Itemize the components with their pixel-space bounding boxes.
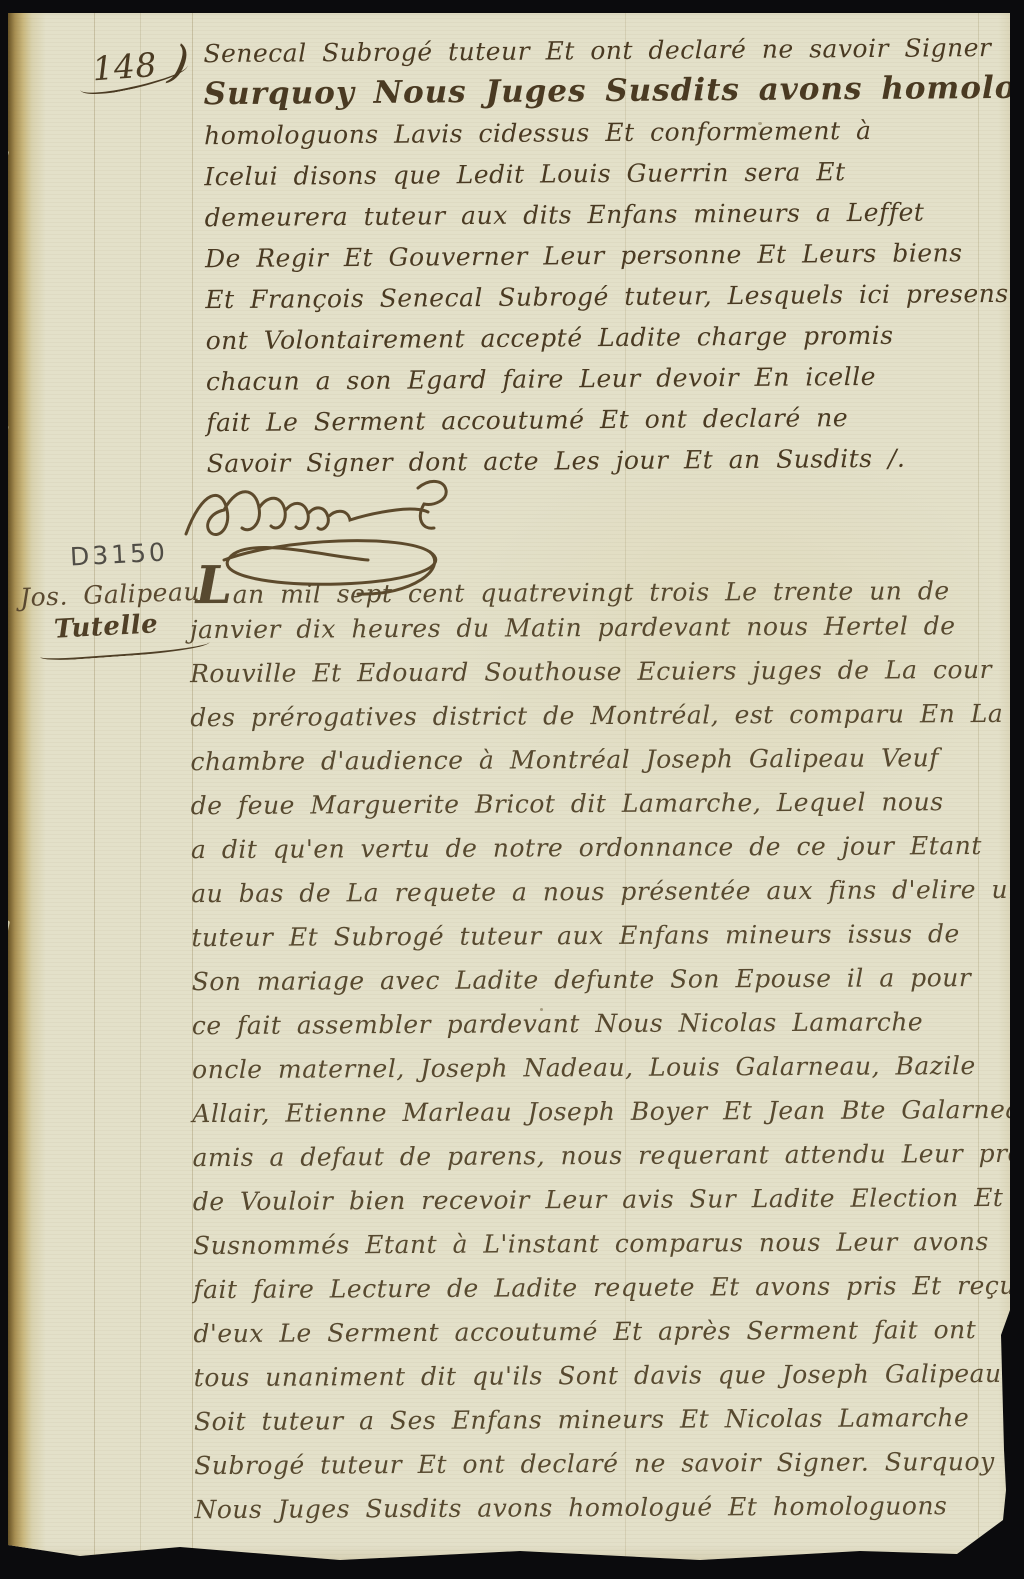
manuscript-line: fait Le Serment accoutumé Et ont declaré… xyxy=(206,396,1018,443)
manuscript-line: Subrogé tuteur Et ont declaré ne savoir … xyxy=(194,1440,1018,1488)
page-number-flourish: ) xyxy=(165,34,193,90)
manuscript-line: ce fait assembler pardevant Nous Nicolas… xyxy=(192,1000,1016,1048)
manuscript-line: Et François Senecal Subrogé tuteur, Lesq… xyxy=(205,273,1017,320)
manuscript-line: oncle maternel, Joseph Nadeau, Louis Gal… xyxy=(192,1044,1016,1092)
manuscript-line: de feue Marguerite Bricot dit Lamarche, … xyxy=(191,780,1015,828)
manuscript-line: de Vouloir bien recevoir Leur avis Sur L… xyxy=(193,1176,1017,1224)
manuscript-line: janvier dix heures du Matin pardevant no… xyxy=(190,604,1014,652)
manuscript-line: des prérogatives district de Montréal, e… xyxy=(190,692,1014,740)
manuscript-line: tuteur Et Subrogé tuteur aux Enfans mine… xyxy=(191,912,1015,960)
manuscript-line: a dit qu'en vertu de notre ordonnance de… xyxy=(191,824,1015,872)
manuscript-line: au bas de La requete a nous présentée au… xyxy=(191,868,1015,916)
ink-speck xyxy=(540,1008,543,1011)
margin-case-underline xyxy=(40,642,210,662)
manuscript-line: Icelui disons que Ledit Louis Guerrin se… xyxy=(204,150,1016,197)
page-edge-sliver xyxy=(0,920,10,951)
fold-crease xyxy=(140,0,141,1579)
page-number: 148) xyxy=(90,31,190,92)
manuscript-line: Son mariage avec Ladite defunte Son Epou… xyxy=(192,956,1016,1004)
fold-crease xyxy=(94,0,95,1579)
manuscript-page: 148) Senecal Subrogé tuteur Et ont decla… xyxy=(0,0,1024,1579)
manuscript-line: Soit tuteur a Ses Enfans mineurs Et Nico… xyxy=(194,1396,1018,1444)
act-paragraph: Lan mil sept cent quatrevingt trois Le t… xyxy=(189,560,1018,1532)
manuscript-line: Susnommés Etant à L'instant comparus nou… xyxy=(193,1220,1017,1268)
manuscript-line: tous unaniment dit qu'ils Sont davis que… xyxy=(194,1352,1018,1400)
manuscript-line: Lan mil sept cent quatrevingt trois Le t… xyxy=(189,560,1013,608)
page-edge-sliver xyxy=(0,425,9,459)
ink-speck xyxy=(758,122,762,125)
page-edge-sliver xyxy=(0,1290,8,1315)
ink-speck xyxy=(872,1412,876,1416)
manuscript-line: homologuons Lavis cidessus Et conformeme… xyxy=(204,109,1016,156)
manuscript-line: Nous Juges Susdits avons homologué Et ho… xyxy=(194,1484,1018,1532)
margin-case-type: Tutelle xyxy=(53,609,159,644)
archive-reference: D3150 xyxy=(69,537,168,571)
manuscript-line: Allair, Etienne Marleau Joseph Boyer Et … xyxy=(192,1088,1016,1136)
page-edge-sliver xyxy=(0,150,9,177)
document-scan: 148) Senecal Subrogé tuteur Et ont decla… xyxy=(0,0,1024,1579)
manuscript-line: d'eux Le Serment accoutumé Et après Serm… xyxy=(193,1308,1017,1356)
closing-paragraph: Senecal Subrogé tuteur Et ont declaré ne… xyxy=(203,27,1019,484)
manuscript-line: fait faire Lecture de Ladite requete Et … xyxy=(193,1264,1017,1312)
manuscript-line: Senecal Subrogé tuteur Et ont declaré ne… xyxy=(203,27,1015,74)
manuscript-line: Surquoy Nous Juges Susdits avons homolog… xyxy=(204,68,1016,115)
manuscript-line: ont Volontairement accepté Ladite charge… xyxy=(205,314,1017,361)
manuscript-line: De Regir Et Gouverner Leur personne Et L… xyxy=(205,232,1017,279)
manuscript-line: demeurera tuteur aux dits Enfans mineurs… xyxy=(205,191,1017,238)
manuscript-line: chacun a son Egard faire Leur devoir En … xyxy=(206,355,1018,402)
manuscript-line: chambre d'audience à Montréal Joseph Gal… xyxy=(190,736,1014,784)
manuscript-line: Rouville Et Edouard Southouse Ecuiers ju… xyxy=(190,648,1014,696)
manuscript-line: amis a defaut de parens, nous requerant … xyxy=(192,1132,1016,1180)
